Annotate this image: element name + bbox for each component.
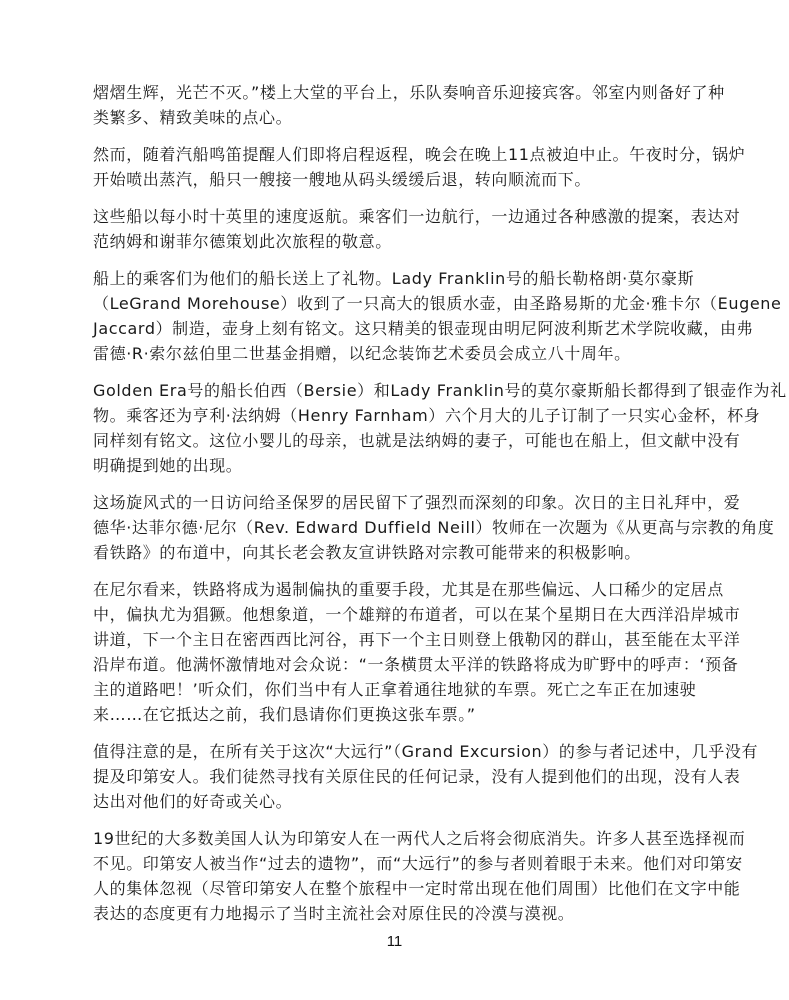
text-line: 熠熠生辉，光芒不灭。”楼上大堂的平台上，乐队奏响音乐迎接宾客。邻室内则备好了种: [93, 80, 703, 105]
paragraph-7: 在尼尔看来，铁路将成为遏制偏执的重要手段，尤其是在那些偏远、人口稀少的定居点 中…: [93, 577, 703, 727]
text-line: 范纳姆和谢菲尔德策划此次旅程的敬意。: [93, 229, 703, 254]
text-line: 沿岸布道。他满怀激情地对会众说：“一条横贯太平洋的铁路将成为旷野中的呼声：‘预备: [93, 652, 703, 677]
text-line: 来……在它抵达之前，我们恳请你们更换这张车票。”: [93, 702, 703, 727]
text-line: 值得注意的是，在所有关于这次“大远行”（Grand Excursion）的参与者…: [93, 739, 703, 764]
text-line: 主的道路吧！’听众们，你们当中有人正拿着通往地狱的车票。死亡之车正在加速驶: [93, 677, 703, 702]
text-line: Golden Era号的船长伯西（Bersie）和Lady Franklin号的…: [93, 378, 703, 403]
text-line: 讲道，下一个主日在密西西比河谷，再下一个主日则登上俄勒冈的群山，甚至能在太平洋: [93, 627, 703, 652]
text-line: 开始喷出蒸汽，船只一艘接一艘地从码头缓缓后退，转向顺流而下。: [93, 167, 703, 192]
paragraph-3: 这些船以每小时十英里的速度返航。乘客们一边航行，一边通过各种感激的提案，表达对 …: [93, 204, 703, 254]
text-line: 看铁路》的布道中，向其长老会教友宣讲铁路对宗教可能带来的积极影响。: [93, 540, 703, 565]
paragraph-2: 然而，随着汽船鸣笛提醒人们即将启程返程，晚会在晚上11点被迫中止。午夜时分，锅炉…: [93, 142, 703, 192]
paragraph-6: 这场旋风式的一日访问给圣保罗的居民留下了强烈而深刻的印象。次日的主日礼拜中，爱 …: [93, 490, 703, 565]
paragraph-9: 19世纪的大多数美国人认为印第安人在一两代人之后将会彻底消失。许多人甚至选择视而…: [93, 826, 703, 926]
text-line: 类繁多、精致美味的点心。: [93, 105, 703, 130]
page-number: 11: [0, 933, 789, 950]
text-line: Jaccard）制造，壶身上刻有铭文。这只精美的银壶现由明尼阿波利斯艺术学院收藏…: [93, 316, 703, 341]
text-line: 同样刻有铭文。这位小婴儿的母亲，也就是法纳姆的妻子，可能也在船上，但文献中没有: [93, 428, 703, 453]
text-line: 达出对他们的好奇或关心。: [93, 789, 703, 814]
text-line: 这场旋风式的一日访问给圣保罗的居民留下了强烈而深刻的印象。次日的主日礼拜中，爱: [93, 490, 703, 515]
text-line: 物。乘客还为亨利·法纳姆（Henry Farnham）六个月大的儿子订制了一只实…: [93, 403, 703, 428]
text-line: 在尼尔看来，铁路将成为遏制偏执的重要手段，尤其是在那些偏远、人口稀少的定居点: [93, 577, 703, 602]
text-line: 提及印第安人。我们徒然寻找有关原住民的任何记录，没有人提到他们的出现，没有人表: [93, 764, 703, 789]
text-line: 人的集体忽视（尽管印第安人在整个旅程中一定时常出现在他们周围）比他们在文字中能: [93, 876, 703, 901]
text-line: 雷德·R·索尔兹伯里二世基金捐赠，以纪念装饰艺术委员会成立八十周年。: [93, 341, 703, 366]
text-line: 然而，随着汽船鸣笛提醒人们即将启程返程，晚会在晚上11点被迫中止。午夜时分，锅炉: [93, 142, 703, 167]
text-line: 船上的乘客们为他们的船长送上了礼物。Lady Franklin号的船长勒格朗·莫…: [93, 266, 703, 291]
text-line: （LeGrand Morehouse）收到了一只高大的银质水壶，由圣路易斯的尤金…: [93, 291, 703, 316]
text-line: 表达的态度更有力地揭示了当时主流社会对原住民的冷漠与漠视。: [93, 901, 703, 926]
document-page: 熠熠生辉，光芒不灭。”楼上大堂的平台上，乐队奏响音乐迎接宾客。邻室内则备好了种 …: [93, 80, 703, 938]
paragraph-8: 值得注意的是，在所有关于这次“大远行”（Grand Excursion）的参与者…: [93, 739, 703, 814]
text-line: 德华·达菲尔德·尼尔（Rev. Edward Duffield Neill）牧师…: [93, 515, 703, 540]
paragraph-4: 船上的乘客们为他们的船长送上了礼物。Lady Franklin号的船长勒格朗·莫…: [93, 266, 703, 366]
paragraph-5: Golden Era号的船长伯西（Bersie）和Lady Franklin号的…: [93, 378, 703, 478]
text-line: 中，偏执尤为猖獗。他想象道，一个雄辩的布道者，可以在某个星期日在大西洋沿岸城市: [93, 602, 703, 627]
text-line: 明确提到她的出现。: [93, 453, 703, 478]
text-line: 这些船以每小时十英里的速度返航。乘客们一边航行，一边通过各种感激的提案，表达对: [93, 204, 703, 229]
text-line: 不见。印第安人被当作“过去的遗物”，而“大远行”的参与者则着眼于未来。他们对印第…: [93, 851, 703, 876]
paragraph-1: 熠熠生辉，光芒不灭。”楼上大堂的平台上，乐队奏响音乐迎接宾客。邻室内则备好了种 …: [93, 80, 703, 130]
text-line: 19世纪的大多数美国人认为印第安人在一两代人之后将会彻底消失。许多人甚至选择视而: [93, 826, 703, 851]
